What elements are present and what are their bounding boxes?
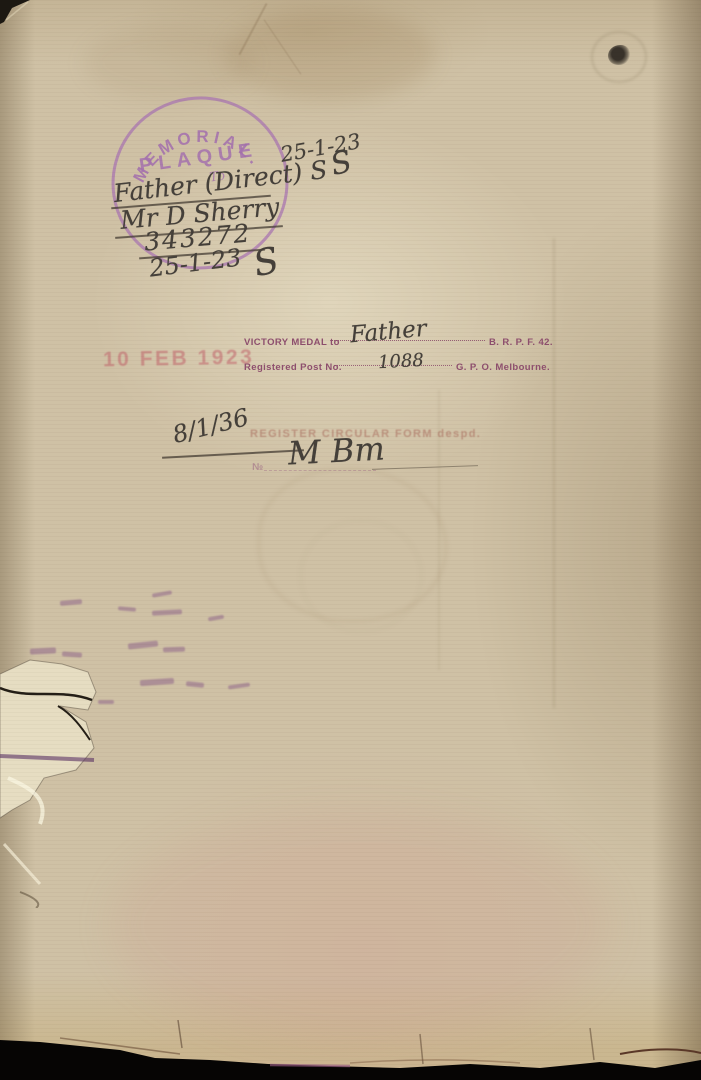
ink-bleed-mark — [152, 609, 182, 616]
ink-underline — [162, 449, 304, 458]
water-stain-ring — [300, 520, 422, 632]
ink-blot — [608, 45, 630, 65]
paper-crease — [238, 3, 267, 55]
torn-paper-flap — [0, 648, 115, 908]
ink-bleed-mark — [118, 606, 136, 612]
ink-bleed-mark — [60, 599, 82, 606]
stain-top-left — [84, 26, 254, 100]
victory-medal-stamp-label: VICTORY MEDAL to — [244, 337, 340, 348]
ink-bleed-mark — [228, 682, 250, 689]
ink-bleed-mark — [152, 590, 172, 597]
paper-crease — [264, 19, 302, 74]
register-number-label: № — [252, 462, 263, 473]
handwritten-registered-post-number: 1088 — [377, 350, 424, 373]
ink-bleed-mark — [140, 678, 174, 686]
handwritten-despatch-date: 8/1/36 — [170, 403, 252, 449]
post-office-label: G. P. O. Melbourne. — [456, 362, 550, 373]
ink-bleed-mark — [128, 640, 158, 649]
water-stain-ring — [258, 468, 447, 622]
ink-bleed-mark — [208, 615, 224, 622]
registered-post-label: Registered Post No. — [244, 362, 342, 373]
file-reference-label: B. R. P. F. 42. — [489, 337, 553, 348]
paper-crease — [553, 238, 555, 708]
date-received-stamp: 10 FEB 1923 — [103, 346, 255, 373]
stain-bottom — [110, 810, 610, 1040]
ink-bleed-mark — [186, 681, 204, 688]
scanned-document-page: MEMORIAL. PLAQUE To 25-1-23 S Father (Di… — [0, 0, 701, 1080]
ink-bleed-mark — [163, 647, 185, 653]
stain-top-center — [225, 8, 435, 100]
handwritten-victory-recipient: Father — [349, 316, 428, 349]
handwritten-signature: M Bm — [287, 429, 386, 472]
torn-bottom-edge — [0, 1020, 701, 1080]
ink-underline — [372, 465, 478, 470]
corner-notch — [0, 0, 40, 30]
